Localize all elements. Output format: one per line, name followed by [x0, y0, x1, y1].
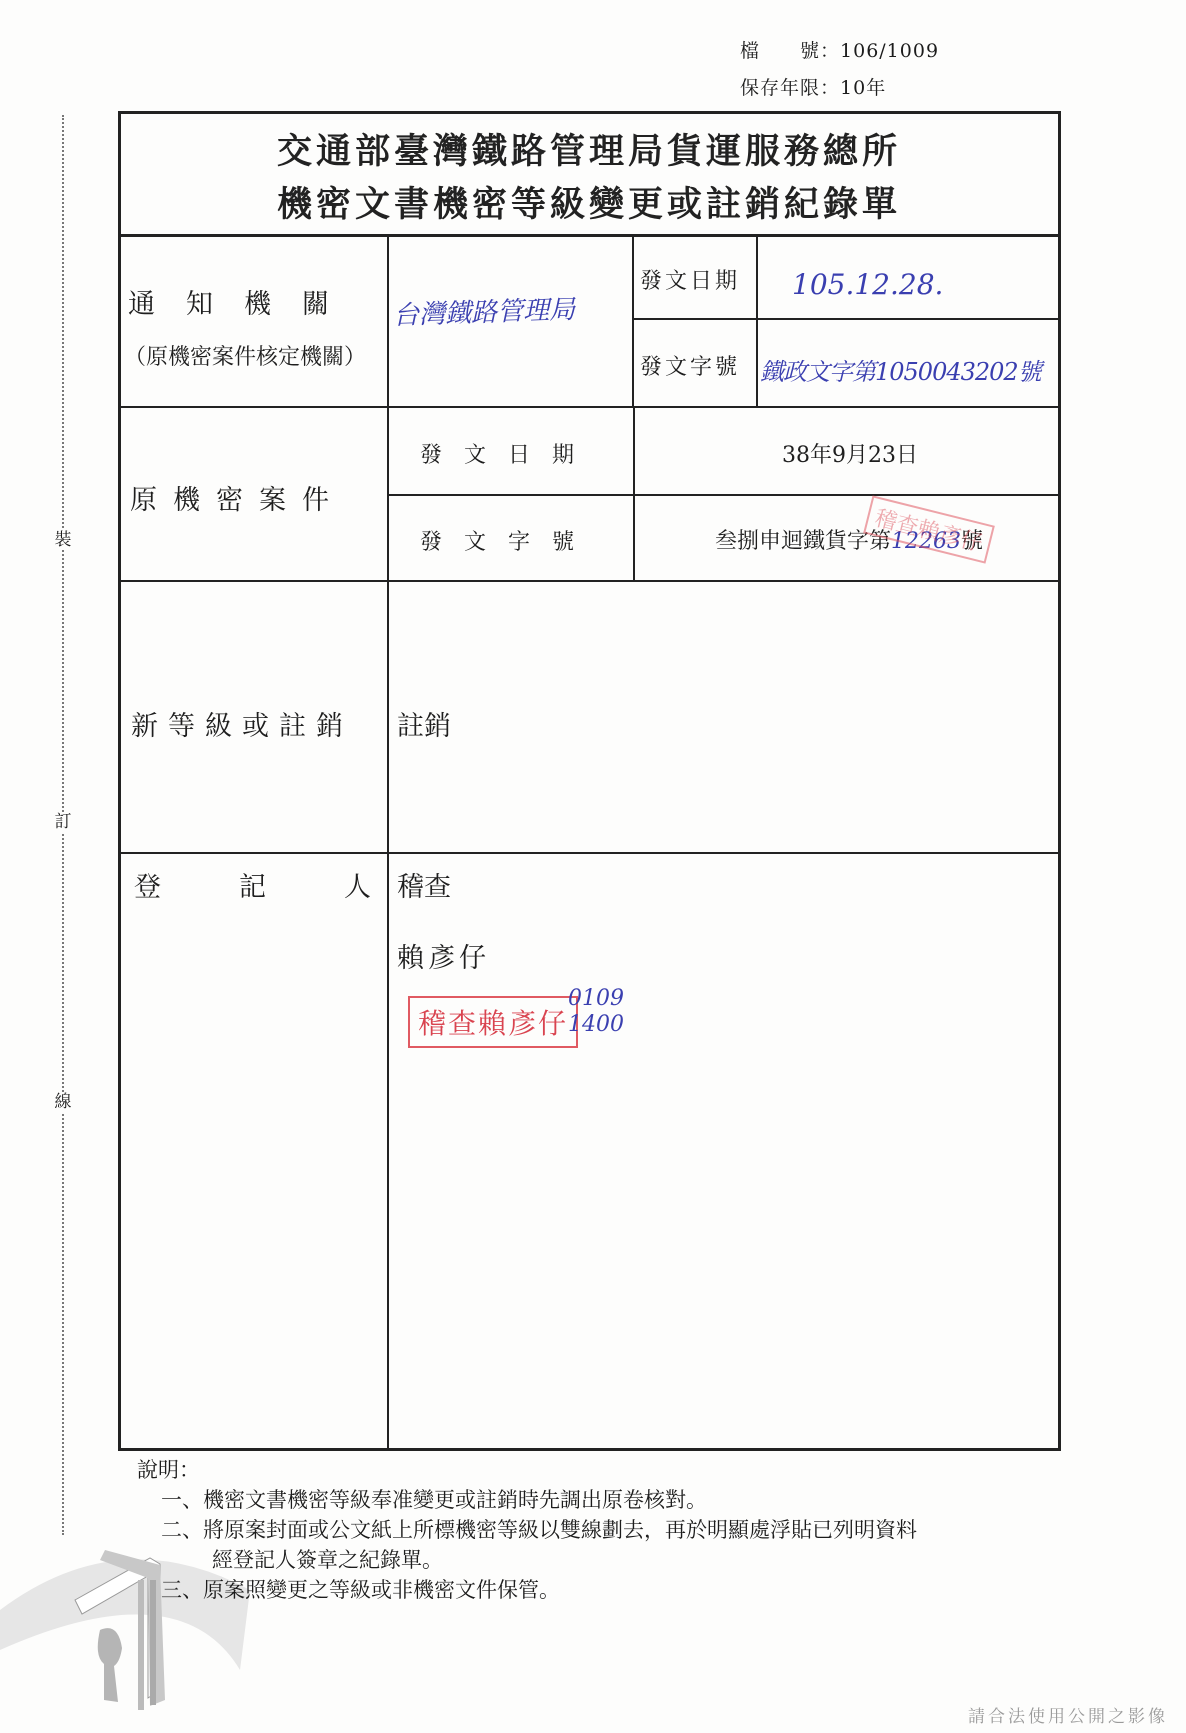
- col-line-label: [387, 234, 389, 1450]
- table-border-top: [118, 111, 1061, 114]
- binding-char-zhuang: 裝: [53, 530, 73, 550]
- col-line-notify-mid: [632, 234, 634, 406]
- note-item-3: 三、原案照變更之等級或非機密文件保管。: [137, 1575, 917, 1605]
- note-item-2-continued: 經登記人簽章之紀錄單。: [137, 1545, 917, 1575]
- registrant-title: 稽查: [397, 865, 451, 904]
- notifying-agency-label: 通 知 機 關: [128, 282, 331, 321]
- file-number: 檔 號：106/1009: [740, 36, 939, 63]
- row-line-notify-split: [633, 318, 1061, 320]
- row-line-newlevel: [118, 852, 1061, 854]
- notifying-agency-sublabel: （原機密案件核定機關）: [124, 340, 366, 371]
- notify-issue-date-handwritten: 105.12.28.: [792, 268, 943, 301]
- table-border-bottom: [118, 1448, 1061, 1451]
- row-line-notify: [118, 406, 1061, 408]
- note-item-2: 二、將原案封面或公文紙上所標機密等級以雙線劃去，再於明顯處浮貼已列明資料: [137, 1515, 917, 1545]
- registrant-name: 賴彥仔: [397, 936, 490, 975]
- table-border-right: [1058, 111, 1061, 1451]
- row-line-original: [118, 580, 1061, 582]
- new-level-label: 新等級或註銷: [131, 704, 353, 743]
- usage-watermark-text: 請合法使用公開之影像: [968, 1702, 1168, 1727]
- row-line-original-split: [388, 494, 1061, 496]
- notify-issue-no-handwritten: 鐵政文字第1050043202號: [760, 352, 1041, 387]
- table-border-left: [118, 111, 121, 1451]
- registrant-label: 登 記 人: [134, 865, 379, 904]
- registrant-handwritten-date: 0109: [568, 986, 624, 1011]
- retention-value: 10年: [840, 77, 886, 99]
- registrant-handwritten-time: 1400: [568, 1012, 624, 1037]
- retention-period: 保存年限：10年: [740, 73, 886, 100]
- form-title-line2: 機密文書機密等級變更或註銷紀錄單: [118, 177, 1060, 227]
- notes-section: 說明： 一、機密文書機密等級奉准變更或註銷時先調出原卷核對。 二、將原案封面或公…: [137, 1455, 917, 1605]
- row-line-title: [118, 234, 1061, 237]
- file-number-value: 106/1009: [840, 40, 939, 62]
- file-number-label: 檔 號：: [740, 40, 840, 62]
- col-line-notify-right: [756, 234, 758, 406]
- retention-label: 保存年限：: [740, 77, 840, 99]
- registrant-seal-stamp: 稽查賴彥仔: [408, 996, 578, 1048]
- new-level-value: 註銷: [397, 704, 451, 743]
- notes-heading: 說明：: [137, 1455, 917, 1485]
- form-title-line1: 交通部臺灣鐵路管理局貨運服務總所: [118, 124, 1060, 174]
- notify-issue-no-label: 發文字號: [640, 350, 740, 381]
- notify-issue-date-label: 發文日期: [640, 264, 740, 295]
- original-issue-no-label: 發 文 字 號: [420, 525, 574, 556]
- binding-char-xian: 線: [53, 1092, 73, 1112]
- notifying-agency-handwritten: 台灣鐵路管理局: [392, 289, 575, 332]
- note-item-1: 一、機密文書機密等級奉准變更或註銷時先調出原卷核對。: [137, 1485, 917, 1515]
- original-case-label: 原機密案件: [130, 478, 345, 517]
- original-issue-date: 38年9月23日: [782, 438, 918, 469]
- binding-char-ding: 訂: [53, 812, 73, 832]
- original-issue-date-label: 發 文 日 期: [420, 438, 574, 469]
- col-line-original-mid: [633, 406, 635, 581]
